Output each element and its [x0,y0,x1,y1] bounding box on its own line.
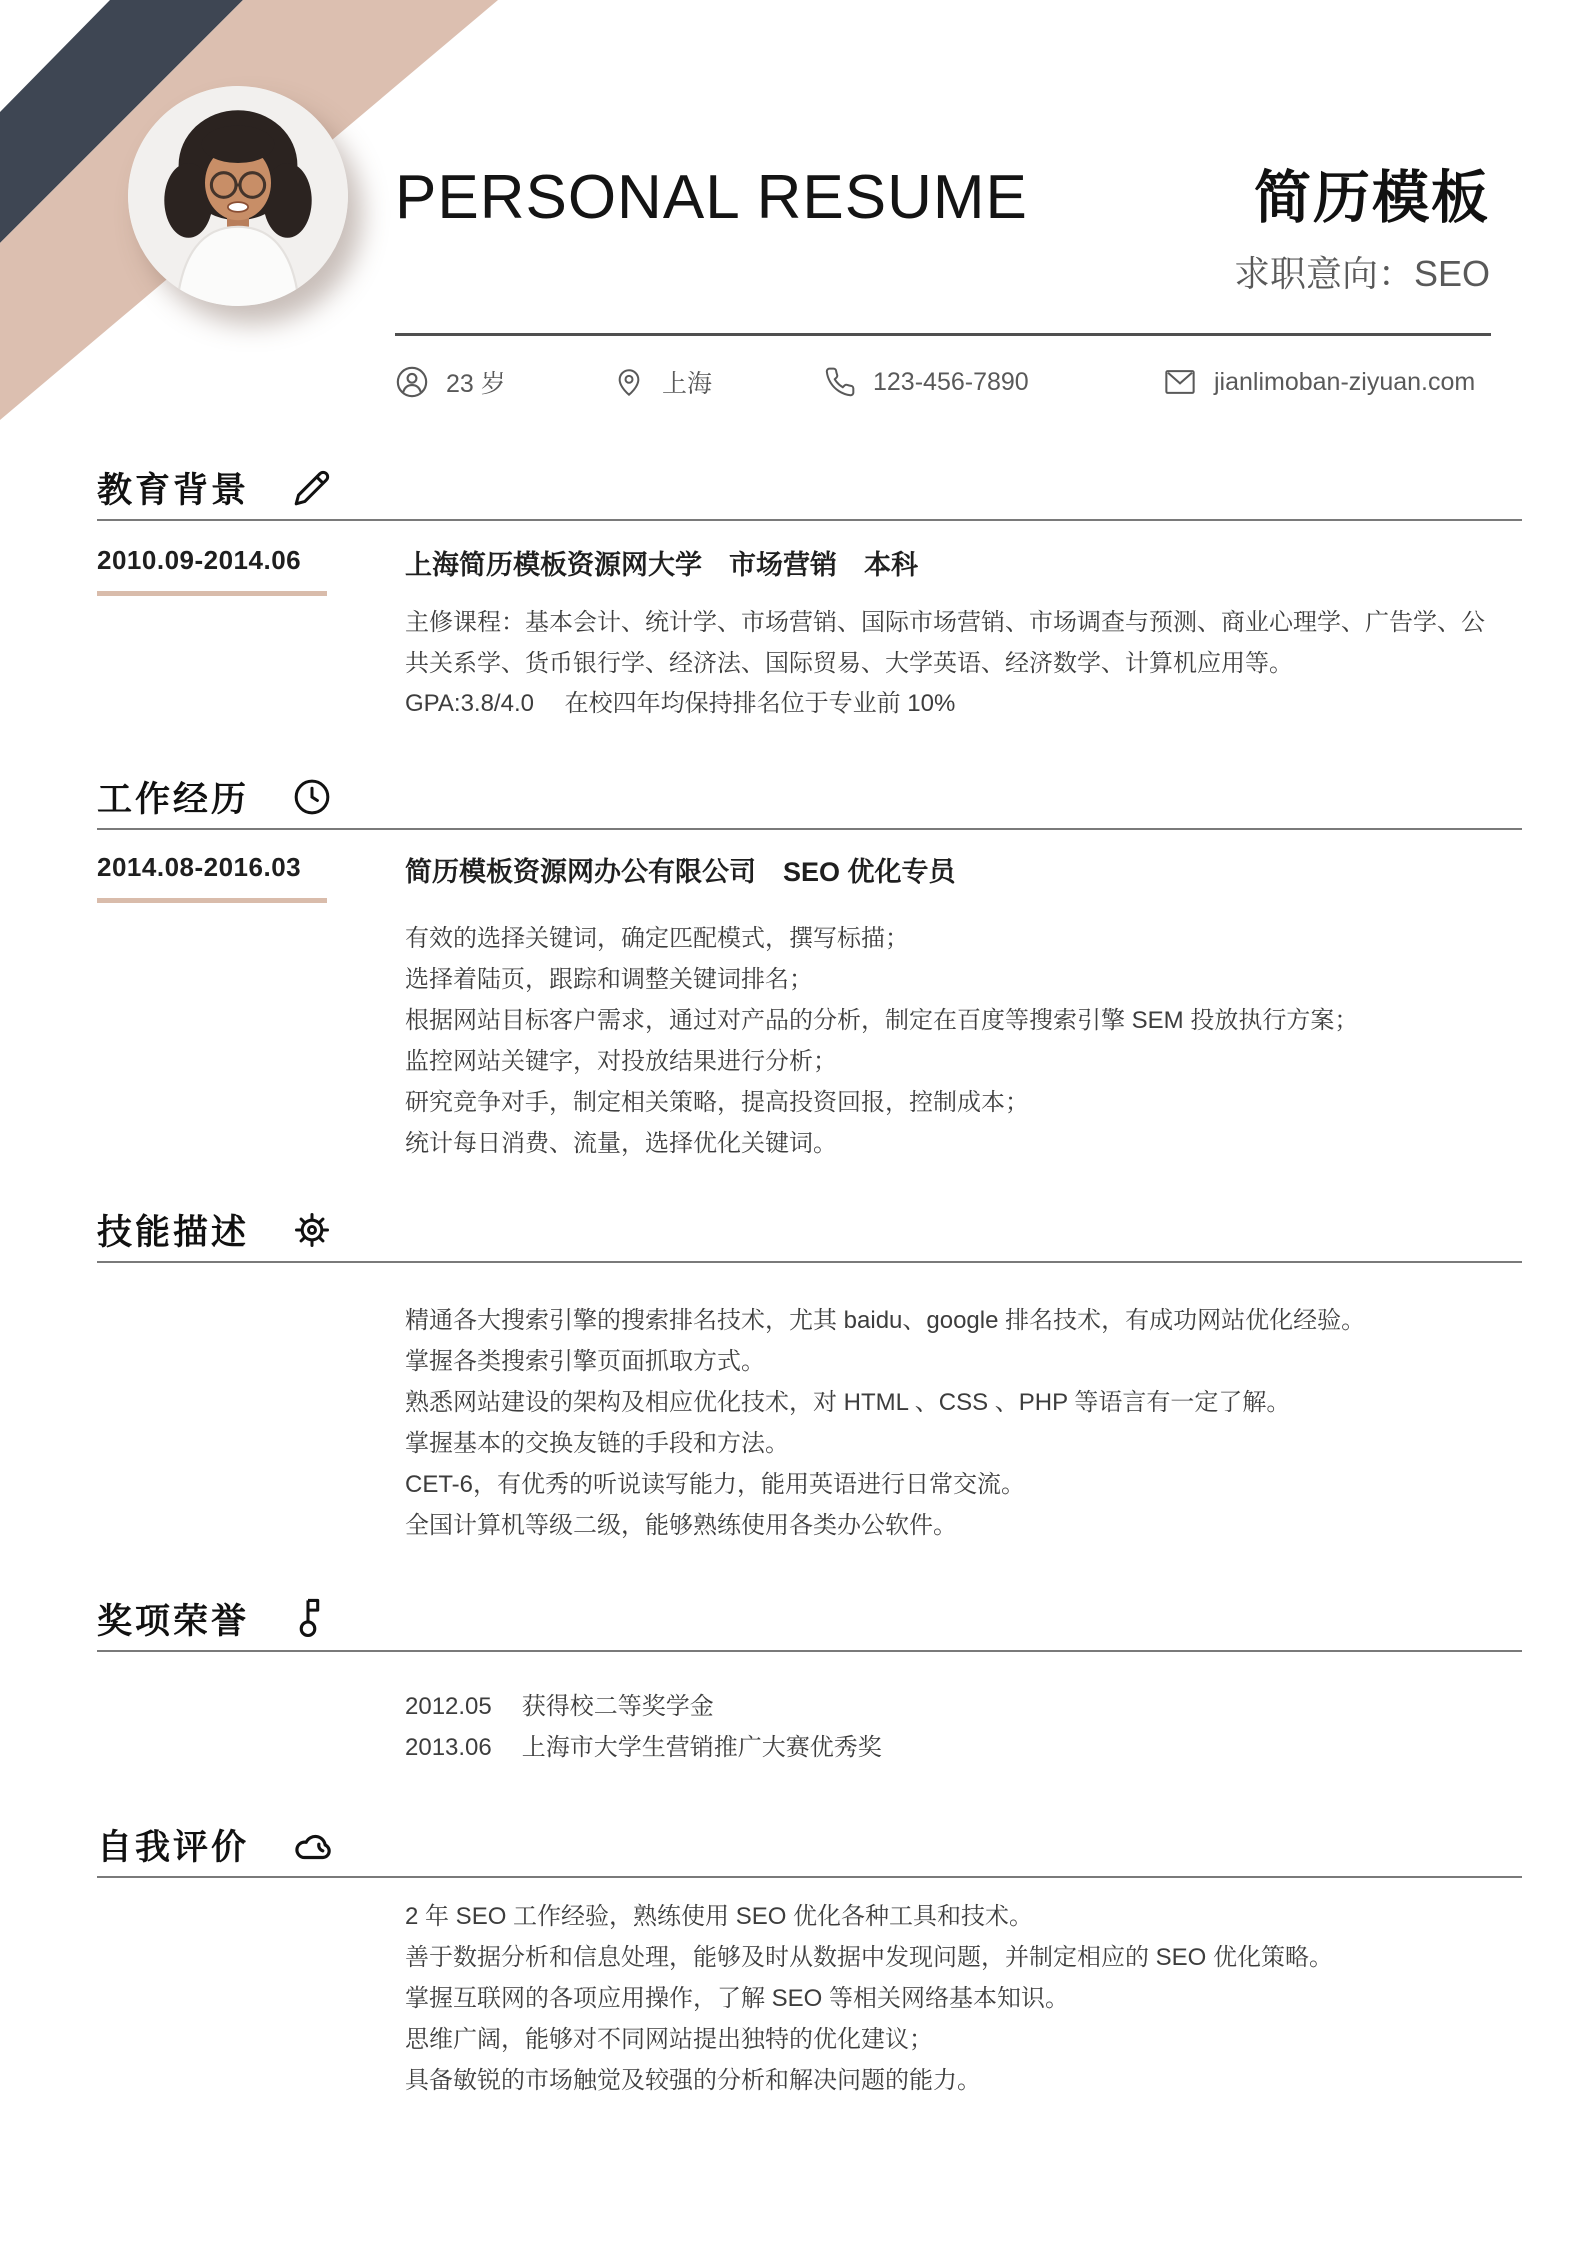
contact-phone: 123-456-7890 [824,360,1029,404]
phone-value: 123-456-7890 [873,368,1029,397]
work-detail-line: 统计每日消费、流量，选择优化关键词。 [405,1123,1515,1164]
self-evaluation-list: 2 年 SEO 工作经验，熟练使用 SEO 优化各种工具和技术。善于数据分析和信… [405,1896,1515,2101]
self-evaluation-line: 掌握互联网的各项应用操作，了解 SEO 等相关网络基本知识。 [405,1978,1515,2019]
pin-icon [613,365,645,399]
contact-city: 上海 [613,360,712,404]
work-period: 2014.08-2016.03 [97,852,301,883]
skills-list: 精通各大搜索引擎的搜索排名技术，尤其 baidu、google 排名技术，有成功… [405,1300,1515,1546]
award-row: 2012.05 获得校二等奖学金 [405,1686,1515,1727]
email-value: jianlimoban-ziyuan.com [1214,368,1475,397]
education-gpa: GPA:3.8/4.0 在校四年均保持排名位于专业前 10% [405,684,1505,725]
award-date: 2013.06 [405,1727,492,1768]
self-evaluation-line: 思维广阔，能够对不同网站提出独特的优化建议； [405,2019,1515,2060]
self-evaluation-rule [97,1876,1522,1878]
work-detail-line: 有效的选择关键词，确定匹配模式，撰写标描； [405,918,1515,959]
education-courses: 主修课程：基本会计、统计学、市场营销、国际市场营销、市场调查与预测、商业心理学、… [405,603,1505,684]
pencil-icon [293,469,331,507]
self-evaluation-title: 自我评价 [97,1820,249,1870]
self-evaluation-line: 具备敏锐的市场触觉及较强的分析和解决问题的能力。 [405,2060,1515,2101]
award-row: 2013.06 上海市大学生营销推广大赛优秀奖 [405,1727,1515,1768]
contact-age: 23 岁 [395,360,506,404]
envelope-icon [1163,367,1197,397]
cloud-icon [293,1828,333,1862]
work-detail-line: 选择着陆页，跟踪和调整关键词排名； [405,959,1515,1000]
skills-rule [97,1261,1522,1263]
portrait-illustration [128,86,348,306]
section-skills: 技能描述 精通各大搜索引擎的搜索排名技术，尤其 baidu、google 排名技… [97,1205,1522,1585]
section-self-evaluation: 自我评价 2 年 SEO 工作经验，熟练使用 SEO 优化各种工具和技术。善于数… [97,1820,1522,2180]
education-headline: 上海简历模板资源网大学 市场营销 本科 [405,543,918,582]
work-detail-line: 监控网站关键字，对投放结果进行分析； [405,1041,1515,1082]
person-icon [395,365,429,399]
skill-line: 熟悉网站建设的架构及相应优化技术，对 HTML 、CSS 、PHP 等语言有一定… [405,1382,1515,1423]
avatar [128,86,348,306]
clock-icon [293,778,331,816]
phone-icon [824,366,856,398]
key-icon [293,1598,323,1640]
city-value: 上海 [662,364,712,400]
work-rule [97,828,1522,830]
self-evaluation-line: 善于数据分析和信息处理，能够及时从数据中发现问题，并制定相应的 SEO 优化策略… [405,1937,1515,1978]
work-detail-line: 研究竞争对手，制定相关策略，提高投资回报，控制成本； [405,1082,1515,1123]
award-date: 2012.05 [405,1686,492,1727]
contact-email: jianlimoban-ziyuan.com [1163,360,1475,404]
award-text: 获得校二等奖学金 [522,1686,714,1727]
education-rule [97,519,1522,521]
skill-line: 全国计算机等级二级，能够熟练使用各类办公软件。 [405,1505,1515,1546]
work-period-bar [97,898,327,903]
skill-line: CET-6，有优秀的听说读写能力，能用英语进行日常交流。 [405,1464,1515,1505]
section-work: 工作经历 2014.08-2016.03 简历模板资源网办公有限公司 SEO 优… [97,772,1522,1172]
job-intent: 求职意向：SEO [1234,246,1490,297]
award-text: 上海市大学生营销推广大赛优秀奖 [522,1727,882,1768]
section-education: 教育背景 2010.09-2014.06 上海简历模板资源网大学 市场营销 本科… [97,463,1522,763]
skills-title: 技能描述 [97,1205,249,1255]
section-awards: 奖项荣誉 2012.05 获得校二等奖学金 2013.06 上海市大学生营销推广… [97,1594,1522,1814]
header-divider [395,333,1491,336]
education-period: 2010.09-2014.06 [97,545,301,576]
self-evaluation-line: 2 年 SEO 工作经验，熟练使用 SEO 优化各种工具和技术。 [405,1896,1515,1937]
skill-line: 精通各大搜索引擎的搜索排名技术，尤其 baidu、google 排名技术，有成功… [405,1300,1515,1341]
work-title: 工作经历 [97,772,249,822]
work-headline: 简历模板资源网办公有限公司 SEO 优化专员 [405,850,956,889]
age-value: 23 岁 [446,364,506,400]
awards-rule [97,1650,1522,1652]
awards-title: 奖项荣誉 [97,1594,249,1644]
education-period-bar [97,591,327,596]
work-detail-list: 有效的选择关键词，确定匹配模式，撰写标描；选择着陆页，跟踪和调整关键词排名；根据… [405,918,1515,1164]
work-detail-line: 根据网站目标客户需求，通过对产品的分析，制定在百度等搜索引擎 SEM 投放执行方… [405,1000,1515,1041]
awards-list: 2012.05 获得校二等奖学金 2013.06 上海市大学生营销推广大赛优秀奖 [405,1686,1515,1768]
page-title-cn: 简历模板 [1254,152,1490,234]
gear-icon [293,1211,331,1249]
education-title: 教育背景 [97,463,249,513]
page-title-en: PERSONAL RESUME [395,162,1028,233]
skill-line: 掌握基本的交换友链的手段和方法。 [405,1423,1515,1464]
resume-page: PERSONAL RESUME 简历模板 求职意向：SEO 23 岁 上海 12… [0,0,1587,2245]
skill-line: 掌握各类搜索引擎页面抓取方式。 [405,1341,1515,1382]
